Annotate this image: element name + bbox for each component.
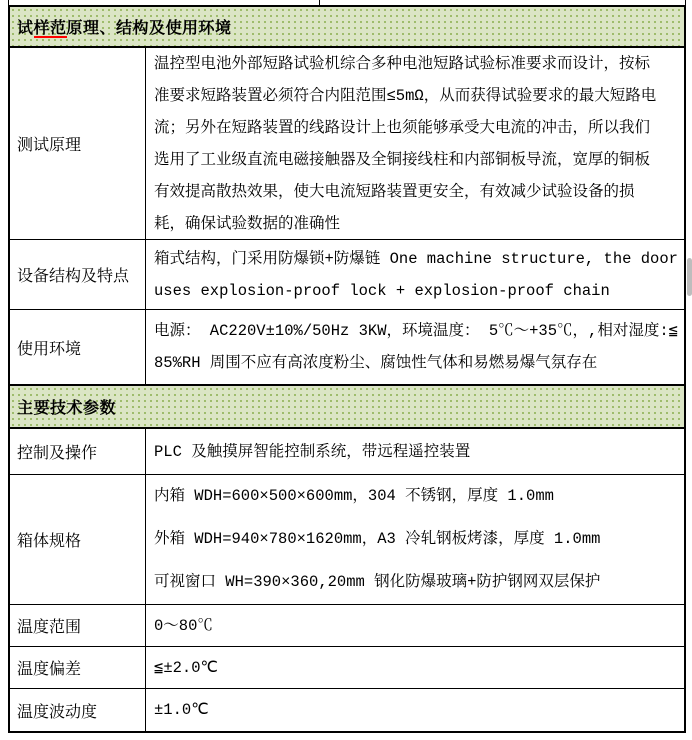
text-line: uses explosion-proof lock + explosion-pr… xyxy=(154,275,682,307)
row-content-cabinet-specifications: 内箱 WDH=600×500×600mm，304 不锈钢，厚度 1.0mm 外箱… xyxy=(146,475,684,604)
scrollbar-thumb[interactable] xyxy=(687,258,692,296)
row-content-structure-features: 箱式结构，门采用防爆锁+防爆链 One machine structure, t… xyxy=(146,240,684,309)
document-page: 试样范原理、结构及使用环境 测试原理 温控型电池外部短路试验机综合多种电池短路试… xyxy=(0,0,692,740)
text-line: 箱式结构，门采用防爆锁+防爆链 One machine structure, t… xyxy=(154,243,682,275)
text-line: 准要求短路装置必须符合内阻范围≤5mΩ，从而获得试验要求的最大短路电 xyxy=(154,80,682,112)
row-content-test-principle: 温控型电池外部短路试验机综合多种电池短路试验标准要求而设计，按标 准要求短路装置… xyxy=(146,48,684,239)
table-row-temperature-fluctuation: 温度波动度 ±1.0℃ xyxy=(10,689,684,731)
text-line: PLC 及触摸屏智能控制系统，带远程遥控装置 xyxy=(154,436,682,468)
section-header-main-technical-parameters: 主要技术参数 xyxy=(10,384,684,429)
text-line: 可视窗口 WH=390×360,20mm 钢化防爆玻璃+防护钢网双层保护 xyxy=(154,561,682,604)
section-title-prefix: 试 xyxy=(17,18,34,37)
row-label-operating-environment: 使用环境 xyxy=(10,310,146,384)
text-line: 流；另外在短路装置的线路设计上也须能够承受大电流的冲击，所以我们 xyxy=(154,112,682,144)
row-label-temperature-deviation: 温度偏差 xyxy=(10,647,146,688)
text-line: ≦±2.0℃ xyxy=(154,652,682,684)
text-line: 外箱 WDH=940×780×1620mm，A3 冷轧钢板烤漆，厚度 1.0mm xyxy=(154,518,682,561)
text-line: 85%RH 周围不应有高浓度粉尘、腐蚀性气体和易燃易爆气氛存在 xyxy=(154,347,682,379)
row-content-temperature-range: 0～80℃ xyxy=(146,605,684,646)
section-title-text: 试样范原理、结构及使用环境 xyxy=(17,15,232,39)
row-content-operating-environment: 电源： AC220V±10%/50Hz 3KW，环境温度： 5℃～+35℃，,相… xyxy=(146,310,684,384)
table-row-temperature-deviation: 温度偏差 ≦±2.0℃ xyxy=(10,647,684,689)
text-line: 有效提高散热效果，使大电流短路装置更安全，有效减少试验设备的损 xyxy=(154,176,682,208)
text-line: ±1.0℃ xyxy=(154,694,682,726)
table-row-cabinet-specifications: 箱体规格 内箱 WDH=600×500×600mm，304 不锈钢，厚度 1.0… xyxy=(10,475,684,605)
row-content-temperature-deviation: ≦±2.0℃ xyxy=(146,647,684,688)
row-content-temperature-fluctuation: ±1.0℃ xyxy=(146,689,684,731)
text-line: 电源： AC220V±10%/50Hz 3KW，环境温度： 5℃～+35℃，,相… xyxy=(154,315,682,347)
row-label-test-principle: 测试原理 xyxy=(10,48,146,239)
table-row-structure-features: 设备结构及特点 箱式结构，门采用防爆锁+防爆链 One machine stru… xyxy=(10,240,684,310)
row-label-cabinet-specifications: 箱体规格 xyxy=(10,475,146,604)
text-line: 0～80℃ xyxy=(154,610,682,642)
table-row-temperature-range: 温度范围 0～80℃ xyxy=(10,605,684,647)
row-label-control-operation: 控制及操作 xyxy=(10,429,146,474)
row-label-temperature-range: 温度范围 xyxy=(10,605,146,646)
table-row-test-principle: 测试原理 温控型电池外部短路试验机综合多种电池短路试验标准要求而设计，按标 准要… xyxy=(10,48,684,240)
text-line: 选用了工业级直流电磁接触器及全铜接线柱和内部铜板导流，宽厚的铜板 xyxy=(154,144,682,176)
row-label-structure-features: 设备结构及特点 xyxy=(10,240,146,309)
text-line: 内箱 WDH=600×500×600mm，304 不锈钢，厚度 1.0mm xyxy=(154,475,682,518)
section-header-principle-structure-environment: 试样范原理、结构及使用环境 xyxy=(10,7,684,48)
row-content-control-operation: PLC 及触摸屏智能控制系统，带远程遥控装置 xyxy=(146,429,684,474)
text-line: 温控型电池外部短路试验机综合多种电池短路试验标准要求而设计，按标 xyxy=(154,48,682,80)
section-title-spellcheck-marked: 样范 xyxy=(34,19,67,39)
row-label-temperature-fluctuation: 温度波动度 xyxy=(10,689,146,731)
table-row-control-operation: 控制及操作 PLC 及触摸屏智能控制系统，带远程遥控装置 xyxy=(10,429,684,475)
text-line: 耗，确保试验数据的准确性 xyxy=(154,208,682,240)
table-row-operating-environment: 使用环境 电源： AC220V±10%/50Hz 3KW，环境温度： 5℃～+3… xyxy=(10,310,684,385)
section-title-suffix: 原理、结构及使用环境 xyxy=(67,18,232,37)
section-title-text: 主要技术参数 xyxy=(17,395,116,418)
specification-table: 试样范原理、结构及使用环境 测试原理 温控型电池外部短路试验机综合多种电池短路试… xyxy=(8,5,686,733)
